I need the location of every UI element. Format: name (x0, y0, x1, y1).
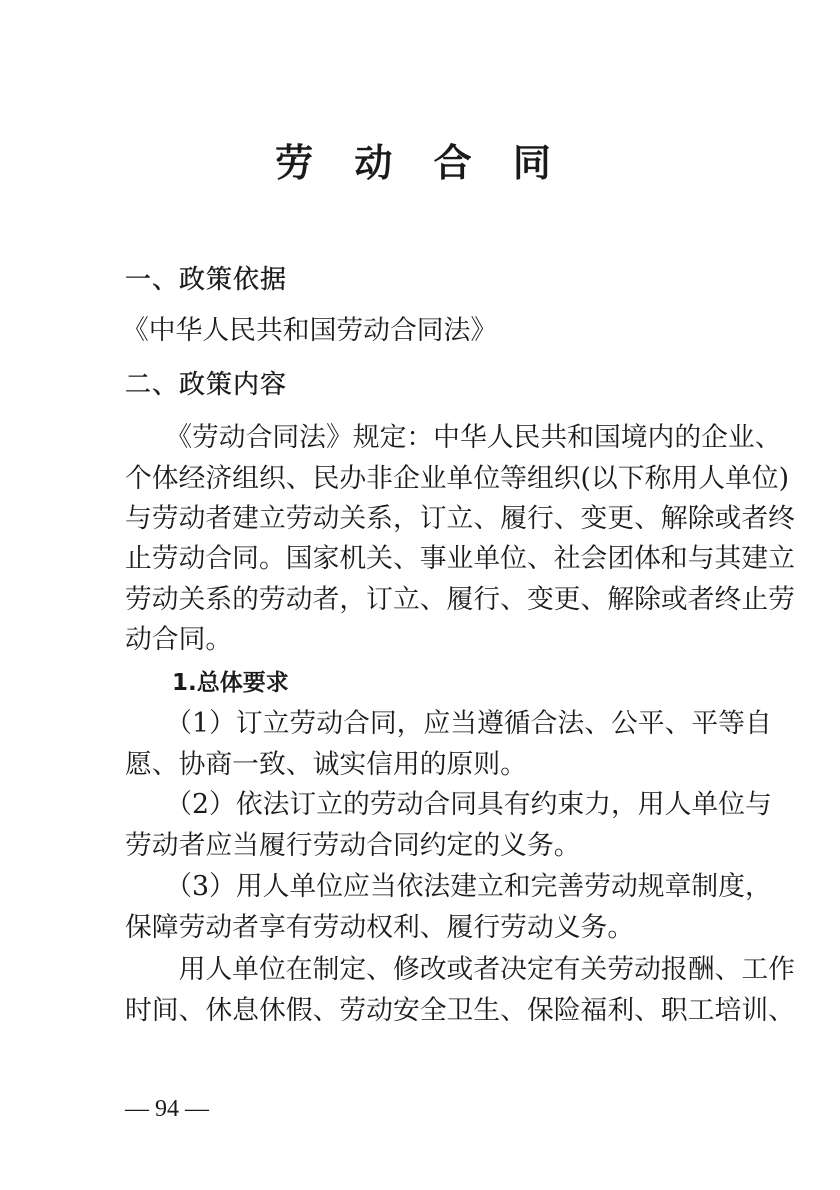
paragraph-line: 时间、休息休假、劳动安全卫生、保险福利、职工培训、 (125, 991, 795, 1031)
page-number: — 94 — (125, 1094, 209, 1124)
paragraph-line: （2）依法订立的劳动合同具有约束力，用人单位与 (125, 785, 772, 825)
paragraph-line: 用人单位在制定、修改或者决定有关劳动报酬、工作 (125, 950, 795, 990)
paragraph-line: （1）订立劳动合同，应当遵循合法、公平、平等自 (125, 704, 772, 744)
law-reference: 《中华人民共和国劳动合同法》 (122, 311, 497, 351)
document-title: 劳 动 合 同 (0, 138, 840, 188)
paragraph-line: 《劳动合同法》规定：中华人民共和国境内的企业、 (125, 418, 782, 458)
paragraph-line: （3）用人单位应当依法建立和完善劳动规章制度， (125, 867, 772, 907)
paragraph-line: 保障劳动者享有劳动权利、履行劳动义务。 (125, 908, 634, 948)
section-heading-policy-content: 二、政策内容 (125, 365, 287, 405)
subsection-heading-general-requirements: 1.总体要求 (172, 663, 289, 703)
paragraph-line: 劳动关系的劳动者，订立、履行、变更、解除或者终止劳 (125, 580, 795, 620)
paragraph-line: 个体经济组织、民办非企业单位等组织(以下称用人单位) (125, 459, 789, 499)
paragraph-line: 愿、协商一致、诚实信用的原则。 (125, 745, 527, 785)
section-heading-policy-basis: 一、政策依据 (125, 260, 287, 300)
paragraph-line: 止劳动合同。国家机关、事业单位、社会团体和与其建立 (125, 539, 795, 579)
paragraph-line: 与劳动者建立劳动关系，订立、履行、变更、解除或者终 (125, 499, 795, 539)
paragraph-line: 劳动者应当履行劳动合同约定的义务。 (125, 826, 581, 866)
paragraph-line: 动合同。 (125, 620, 232, 660)
